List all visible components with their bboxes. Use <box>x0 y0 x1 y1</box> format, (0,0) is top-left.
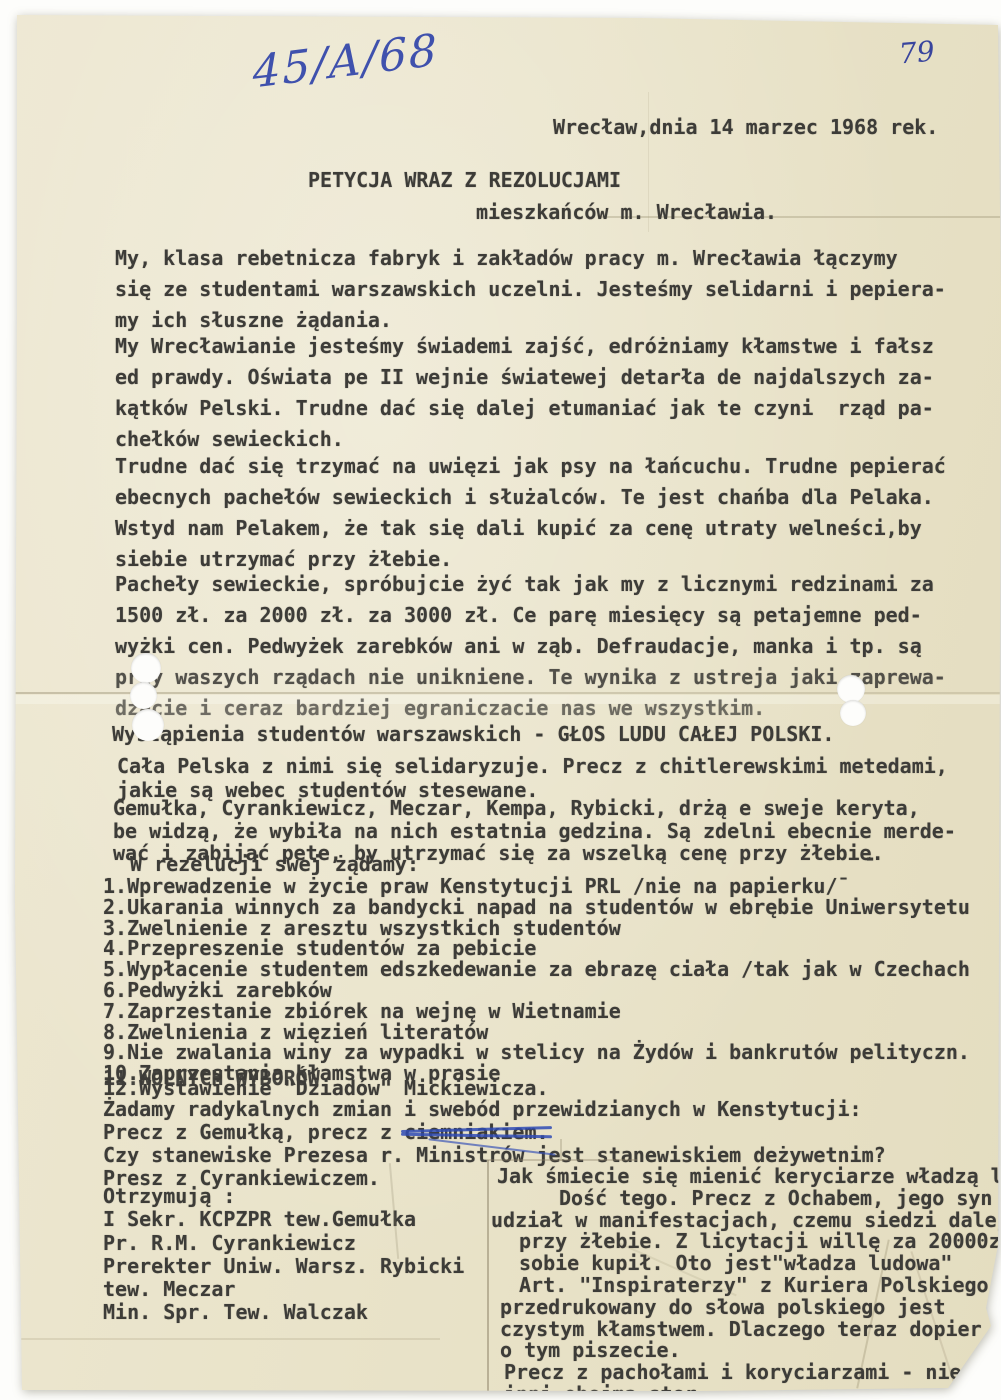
scanned-document-page: { "colors":{"paper":"#e9e3c9","ink":"#3d… <box>0 0 1001 1400</box>
text-line: Min. Spr. Tew. Walczak <box>103 1301 464 1324</box>
text-line: 1.Wprewadzenie w życie praw Kenstytucji … <box>103 876 970 897</box>
punch-hole <box>132 709 164 741</box>
margin-note: Jak śmiecie się mienić keryciarze władzą… <box>497 1166 1001 1400</box>
text-line: sobie kupił. Oto jest"władza ludowa" <box>519 1253 1001 1275</box>
text-line: Pr. R.M. Cyrankiewicz <box>103 1232 464 1255</box>
text-line: Wystąpienia studentów warszawskich - GŁO… <box>112 722 834 746</box>
closing-line-2-prefix: Precz z Gemułką, precz z <box>103 1120 404 1144</box>
text-line: się ze studentami warszawskich uczelni. … <box>115 274 946 305</box>
punch-hole <box>130 682 157 709</box>
text-line: Art. "Inspiraterzy" z Kuriera Polskiego <box>519 1275 1001 1297</box>
stray-dash-mark: - <box>864 846 876 870</box>
text-line: 4.Przepreszenie studentów za pebicie <box>103 938 970 959</box>
resolution-intro: W rezelucji swej żądamy: <box>130 852 419 876</box>
text-line: Trudne dać się trzymać na uwięzi jak psy… <box>115 451 946 482</box>
paragraph-3: Trudne dać się trzymać na uwięzi jak psy… <box>115 451 946 575</box>
page-number-handwritten: 79 <box>898 35 936 71</box>
demands-list: 1.Wprewadzenie w życie praw Kenstytucji … <box>103 876 970 1084</box>
closing-line-1: Żadamy radykalnych zmian i swebód przewi… <box>103 1097 862 1121</box>
text-line: Prerekter Uniw. Warsz. Rybicki <box>103 1255 464 1278</box>
paragraph-4: Pacheły sewieckie, spróbujcie żyć tak ja… <box>115 569 946 724</box>
crease-line <box>0 1338 440 1340</box>
text-line: ebecnych pachełów sewieckich i służalców… <box>115 482 946 513</box>
text-line: Jak śmiecie się mienić keryciarze władzą… <box>497 1166 1001 1188</box>
strikethrough-word: ciemniakiem <box>404 1120 536 1144</box>
text-line: be widzą, że wybiła na nich estatnia ged… <box>113 820 956 843</box>
text-line: My, klasa rebetnicza fabryk i zakładów p… <box>115 243 946 274</box>
punch-hole <box>131 653 161 683</box>
paragraph-5: Wystąpienia studentów warszawskich - GŁO… <box>112 722 834 746</box>
archival-number-handwritten: 45/A/68 <box>252 24 439 98</box>
text-line: Otrzymują : <box>103 1185 464 1208</box>
text-line: Wstyd nam Pelakem, że tak się dali kupić… <box>115 513 946 544</box>
pencil-bracket-horizontal <box>487 1159 637 1161</box>
punch-hole <box>837 675 865 703</box>
text-line: czystym kłamstwem. Dlaczego teraz dopier <box>500 1319 1001 1341</box>
text-line: 6.Pedwyżki zarebków <box>103 980 970 1001</box>
text-line: tew. Meczar <box>103 1278 464 1301</box>
text-line: 3.Zwelnienie z aresztu wszystkich studen… <box>103 918 970 939</box>
recipients-list: Otrzymują :I Sekr. KCPZPR tew.GemułkaPr.… <box>103 1185 464 1325</box>
closing-line-2-suffix: . <box>536 1120 548 1144</box>
text-line: udział w manifestacjach, czemu siedzi da… <box>491 1210 1001 1232</box>
text-line: 2.Ukarania winnych za bandycki napad na … <box>103 897 970 918</box>
text-line: 5.Wypłacenie studentem edszkedewanie za … <box>103 959 970 980</box>
text-line: Dość tego. Precz z Ochabem, jego syn bra… <box>559 1188 1001 1210</box>
pencil-bracket-vertical <box>487 1160 489 1392</box>
text-line: Pacheły sewieckie, spróbujcie żyć tak ja… <box>115 569 946 600</box>
text-line: inni obejmą ster. <box>504 1384 1001 1400</box>
text-line: Gemułka, Cyrankiewicz, Meczar, Kempa, Ry… <box>113 797 956 820</box>
text-line: 7.Zaprzestanie zbiórek na wejnę w Wietna… <box>103 1001 970 1022</box>
text-line: I Sekr. KCPZPR tew.Gemułka <box>103 1208 464 1231</box>
text-line: przy żłebie. Z licytacji willę za 20000z… <box>519 1231 1001 1253</box>
punch-hole <box>840 700 866 726</box>
doc-title: PETYCJA WRAZ Z REZOLUCJAMI <box>308 168 621 192</box>
paragraph-1: My, klasa rebetnicza fabryk i zakładów p… <box>115 243 946 336</box>
closing-line-2: Precz z Gemułką, precz z ciemniakiem. <box>103 1120 549 1144</box>
text-line: 9.Nie zwalania winy za wypadki w stelicy… <box>103 1042 970 1063</box>
text-line: My Wrecławianie jesteśmy świademi zajść,… <box>115 331 934 362</box>
text-line: Cała Pelska z nimi się selidaryzuje. Pre… <box>117 754 948 778</box>
dateline: Wrecław,dnia 14 marzec 1968 rek. <box>553 115 938 139</box>
text-line: kątków Pelski. Trudne dać się dalej etum… <box>115 393 934 424</box>
paragraph-2: My Wrecławianie jesteśmy świademi zajść,… <box>115 331 934 455</box>
text-line: przedrukowany do słowa polskiego jest <box>500 1297 1001 1319</box>
paragraph-6: Cała Pelska z nimi się selidaryzuje. Pre… <box>117 754 948 802</box>
text-line: ed prawdy. Oświata pe II wejnie światewe… <box>115 362 934 393</box>
text-line: dzacie i ceraz bardziej egraniczacie nas… <box>115 693 946 724</box>
text-line: o tym piszecie. <box>500 1340 1001 1362</box>
text-line: przy waszych rządach nie unikniene. Te w… <box>115 662 946 693</box>
text-line: 1500 zł. za 2000 zł. za 3000 zł. Ce parę… <box>115 600 946 631</box>
text-line: wyżki cen. Pedwyżek zarebków ani w ząb. … <box>115 631 946 662</box>
doc-subtitle: mieszkańców m. Wrecławia. <box>476 200 777 224</box>
pencil-tick <box>560 1139 562 1161</box>
text-line: Precz z pachołami i koryciarzami - nie <box>504 1362 1001 1384</box>
